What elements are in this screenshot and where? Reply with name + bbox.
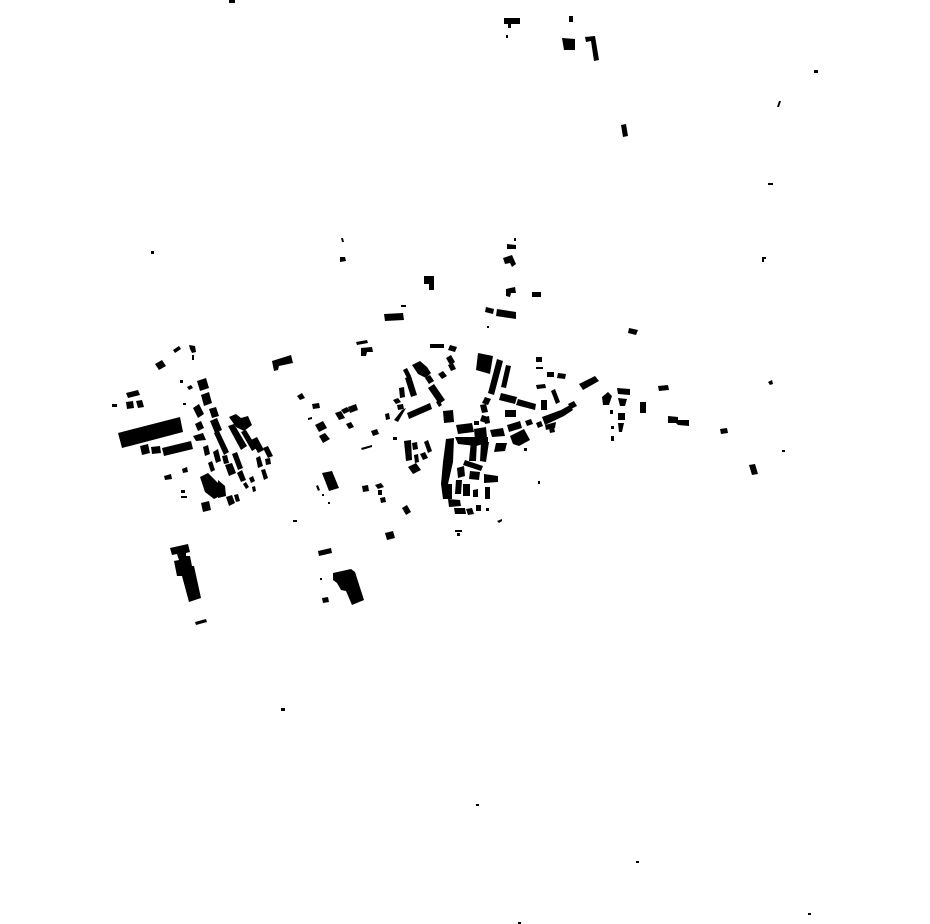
building-footprint <box>658 385 669 391</box>
building-footprint <box>768 183 773 185</box>
building-footprint <box>506 35 508 38</box>
building-footprint <box>362 485 369 492</box>
building-footprint <box>541 400 547 410</box>
building-footprint <box>514 238 516 241</box>
map-svg <box>0 0 930 924</box>
building-footprint <box>505 410 516 417</box>
building-footprint <box>457 533 460 536</box>
building-footprint <box>557 373 566 379</box>
building-footprint <box>610 410 613 414</box>
building-footprint <box>494 443 507 452</box>
building-footprint <box>180 380 183 383</box>
building-footprint <box>455 530 462 532</box>
building-footprint <box>814 70 818 73</box>
building-footprint <box>151 251 154 254</box>
building-footprint <box>562 38 575 50</box>
building-footprint <box>393 437 397 440</box>
building-footprint <box>486 508 489 511</box>
building-footprint <box>476 804 479 806</box>
building-footprint <box>524 448 527 451</box>
building-footprint <box>476 505 481 511</box>
building-footprint <box>618 413 625 420</box>
building-footprint <box>487 326 489 328</box>
building-footprint <box>443 410 454 423</box>
building-footprint <box>611 436 614 441</box>
building-footprint <box>281 708 285 711</box>
building-footprint <box>328 502 330 504</box>
building-footprint <box>538 481 540 484</box>
building-footprint <box>636 861 639 863</box>
building-footprint <box>532 292 541 297</box>
building-footprint <box>536 367 543 369</box>
building-footprint <box>126 401 134 409</box>
building-footprint <box>547 372 554 377</box>
building-footprint <box>312 403 320 409</box>
building-footprint <box>384 313 404 321</box>
building-footprint <box>397 404 404 410</box>
building-footprint <box>378 490 382 495</box>
building-footprint <box>473 489 478 497</box>
building-footprint <box>183 403 186 405</box>
building-footprint <box>265 458 271 465</box>
building-footprint <box>469 471 480 480</box>
building-footprint <box>808 913 811 915</box>
building-footprint <box>401 305 406 307</box>
building-footprint <box>380 497 386 503</box>
building-footprint <box>617 388 630 395</box>
building-footprint <box>549 427 555 433</box>
building-footprint <box>720 428 728 434</box>
building-footprint <box>448 499 461 507</box>
building-footprint <box>430 344 444 348</box>
building-footprint <box>151 446 161 454</box>
building-footprint <box>454 508 466 514</box>
building-footprint <box>640 402 646 413</box>
building-footprint <box>320 578 322 580</box>
building-footprint <box>322 494 324 496</box>
building-footprint <box>293 520 297 522</box>
building-footprint <box>192 355 194 360</box>
building-footprint <box>455 480 462 494</box>
building-footprint-map <box>0 0 930 924</box>
building-footprint <box>569 16 573 22</box>
building-footprint <box>485 487 490 499</box>
building-footprint <box>229 0 235 3</box>
building-footprint <box>474 421 479 425</box>
building-footprint <box>782 450 785 452</box>
building-footprint <box>322 597 329 603</box>
building-footprint <box>181 496 187 498</box>
building-footprint <box>181 490 185 493</box>
building-footprint <box>536 357 542 362</box>
building-footprint <box>399 387 405 398</box>
building-footprint <box>463 484 470 496</box>
building-footprint <box>611 426 614 429</box>
building-footprint <box>412 442 418 450</box>
building-footprint <box>112 404 117 407</box>
building-footprint <box>457 466 465 478</box>
